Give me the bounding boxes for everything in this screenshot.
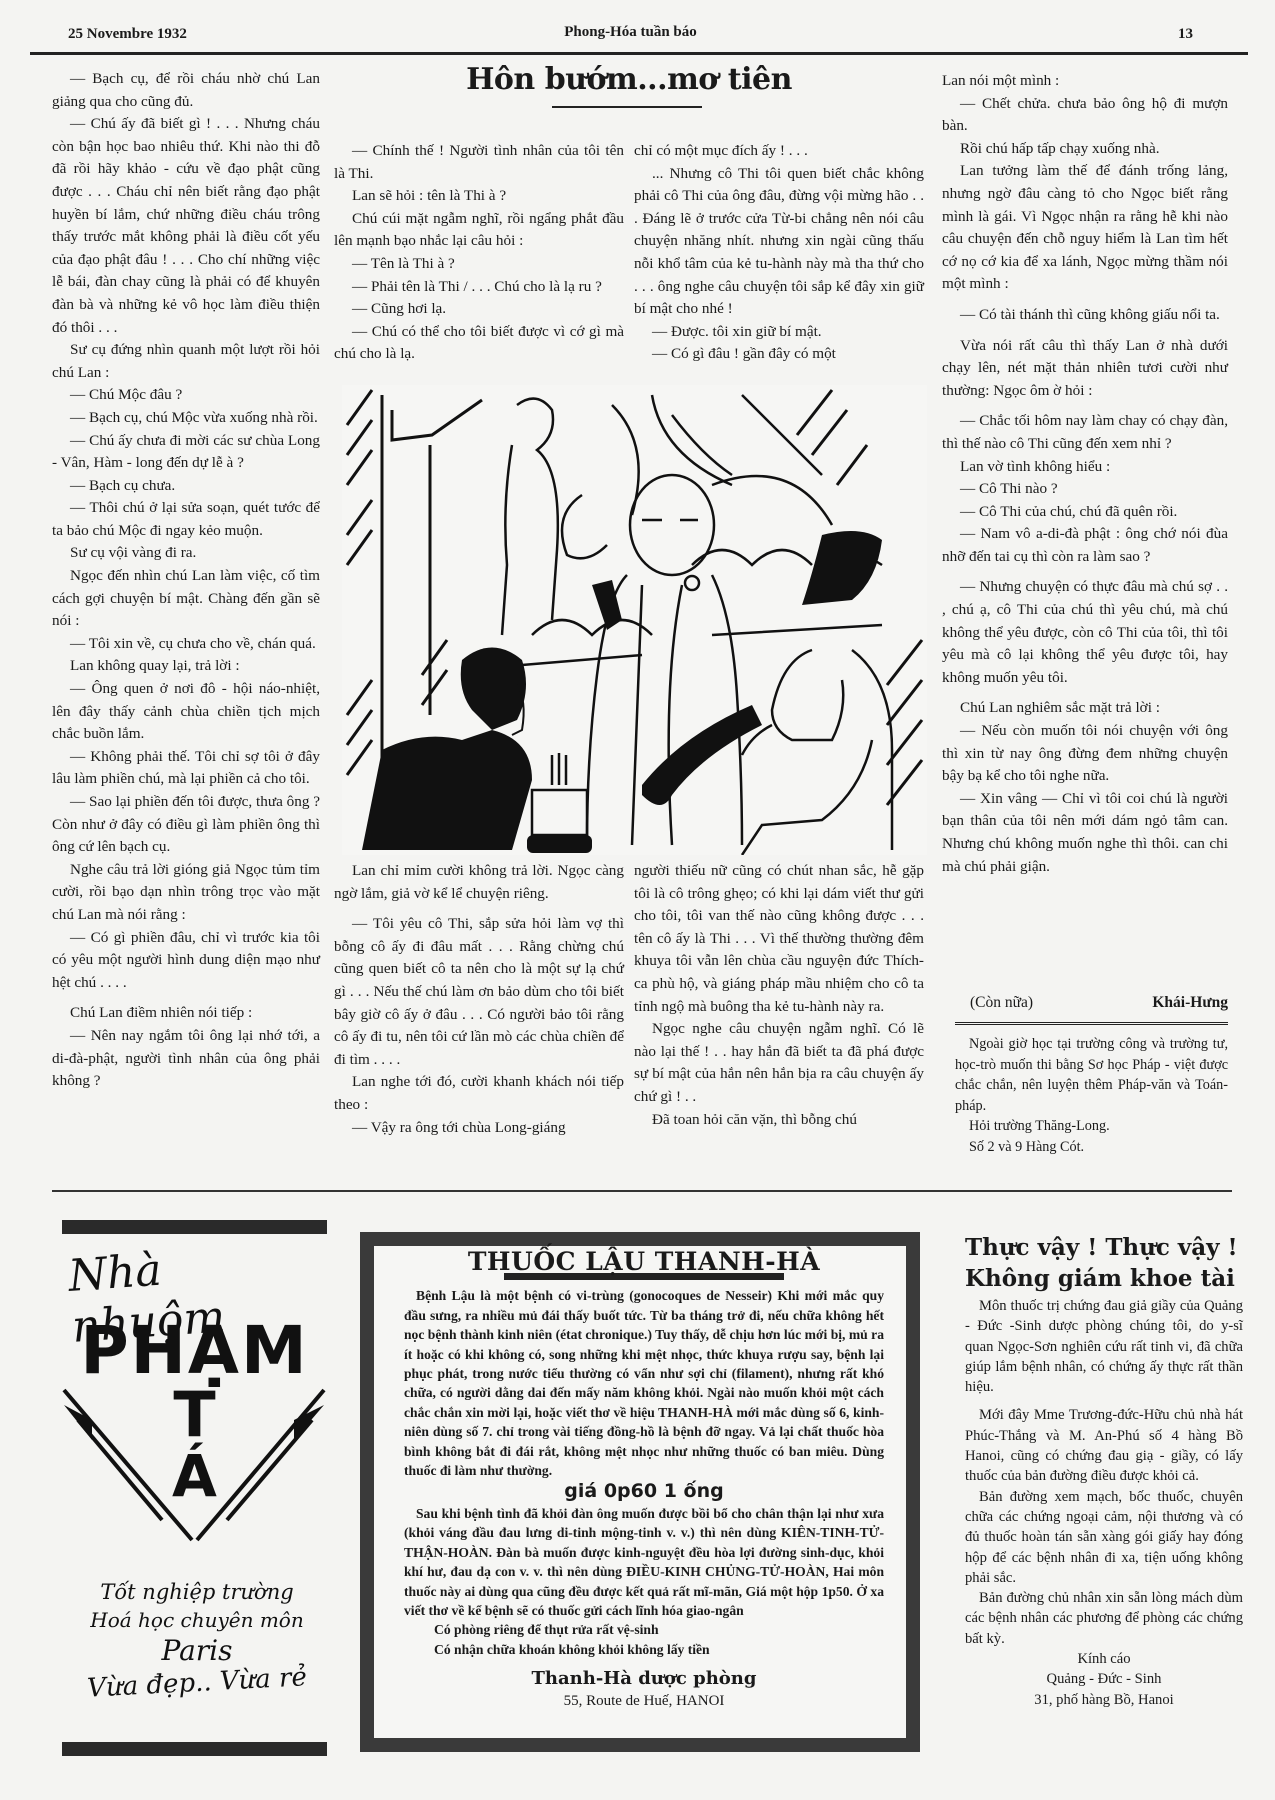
paragraph: — Không phải thế. Tôi chỉ sợ tôi ở đây l… [52, 746, 320, 791]
paragraph: — Nam vô a-di-đà phật : ông chớ nói đùa … [942, 523, 1228, 568]
paragraph: — Bạch cụ, để rồi cháu nhờ chú Lan giảng… [52, 68, 320, 113]
paragraph: — Ông quen ở nơi đô - hội náo-nhiệt, lên… [52, 678, 320, 746]
paragraph: Đã toan hỏi căn vặn, thì bỗng chú [634, 1109, 924, 1132]
notice-text: Ngoài giờ học tại trường công và trường … [955, 1034, 1228, 1116]
paragraph: Lan chỉ mỉm cười không trả lời. Ngọc càn… [334, 860, 624, 905]
paragraph: — Có gì phiền đâu, chỉ vì trước kia tôi … [52, 927, 320, 995]
paragraph: — Sao lại phiền đến tôi được, thưa ông ?… [52, 791, 320, 859]
paragraph: Sư cụ vội vàng đi ra. [52, 542, 320, 565]
ad-brand: Thanh-Hà dược phòng [404, 1669, 884, 1688]
ad-quang-duc-sinh: Thực vậy ! Thực vậy ! Không giám khoe tà… [965, 1232, 1243, 1710]
paragraph: — Chú ấy đã biết gì ! . . . Nhưng cháu c… [52, 113, 320, 339]
continued-label: (Còn nữa) [970, 994, 1033, 1012]
paragraph: — Cô Thi nào ? [942, 478, 1228, 501]
ad-title: THUỐC LẬU THANH-HÀ [404, 1252, 884, 1271]
article-column-2-bottom: Lan chỉ mỉm cười không trả lời. Ngọc càn… [334, 860, 624, 1139]
paragraph: người thiếu nữ cũng có chút nhan sắc, hễ… [634, 860, 924, 1018]
ad-paragraph: Mới đây Mme Trương-đức-Hữu chủ nhà hát P… [965, 1405, 1243, 1486]
ad-tagline-1: Tốt nghiệp trường [72, 1580, 322, 1604]
ad-paragraph: Môn thuốc trị chứng đau giả giầy của Quả… [965, 1296, 1243, 1397]
paragraph: — Vậy ra ông tới chùa Long-giáng [334, 1117, 624, 1140]
ad-pham-ta: Nhà nhuộm PHẠM T Á Tốt nghiệp trường Hoá… [62, 1220, 327, 1775]
paragraph: — Được. tôi xin giữ bí mật. [634, 321, 924, 344]
ad-thanh-ha: THUỐC LẬU THANH-HÀ Bệnh Lậu là một bệnh … [360, 1232, 920, 1752]
paragraph: Lan sẽ hỏi : tên là Thi à ? [334, 185, 624, 208]
temple-scene-illustration-icon [342, 385, 927, 855]
paragraph: — Tôi xin về, cụ chưa cho về, chán quá. [52, 633, 320, 656]
paragraph: chỉ có một mục đích ấy ! . . . [634, 140, 924, 163]
paragraph: — Cô Thi của chú, chú đã quên rồi. [942, 501, 1228, 524]
paragraph: Ngọc nghe câu chuyện ngẫm nghĩ. Có lẽ nà… [634, 1018, 924, 1108]
ad-letter-t: T [62, 1378, 327, 1451]
ad-headline-2: Không giám khoe tài [965, 1263, 1243, 1294]
ad-paragraph: Bệnh Lậu là một bệnh có vi-trùng (gonoco… [404, 1286, 884, 1480]
page-header: 25 Novembre 1932 Phong-Hóa tuần báo 13 [68, 22, 1193, 44]
ad-tagline-slogan: Vừa đẹp.. Vừa rẻ [65, 1661, 328, 1705]
paragraph: Vừa nói rất câu thì thấy Lan ở nhà dưới … [942, 335, 1228, 403]
paragraph: Rồi chú hấp tấp chạy xuống nhà. [942, 138, 1228, 161]
paragraph: Lan nghe tới đó, cười khanh khách nói ti… [334, 1071, 624, 1116]
article-column-1: — Bạch cụ, để rồi cháu nhờ chú Lan giảng… [52, 68, 320, 1093]
article-illustration [342, 385, 927, 855]
ad-tagline-2: Hoá học chuyên môn [72, 1608, 322, 1632]
paragraph: Lan vờ tình không hiểu : [942, 456, 1228, 479]
paragraph: — Bạch cụ chưa. [52, 475, 320, 498]
ad-paragraph: Bản đường xem mạch, bốc thuốc, chuyên ch… [965, 1487, 1243, 1588]
paragraph: — Nhưng chuyện có thực đâu mà chú sợ . .… [942, 576, 1228, 689]
paragraph: — Chú ấy chưa đi mời các sư chùa Long - … [52, 430, 320, 475]
notice-contact: Hỏi trường Thăng-Long. [955, 1116, 1228, 1137]
paragraph: — Nên nay ngắm tôi ông lại nhớ tới, a di… [52, 1025, 320, 1093]
ad-price: giá 0p60 1 ống [404, 1482, 884, 1501]
paragraph: — Phải tên là Thi / . . . Chú cho là lạ … [334, 276, 624, 299]
ad-top-bar [62, 1220, 327, 1234]
school-notice: Ngoài giờ học tại trường công và trường … [955, 1034, 1228, 1157]
ad-sign-address: 31, phố hàng Bồ, Hanoi [965, 1690, 1243, 1710]
article-column-3-top: chỉ có một mục đích ấy ! . . . ... Nhưng… [634, 140, 924, 366]
page-number: 13 [1178, 26, 1193, 43]
article-column-3-bottom: người thiếu nữ cũng có chút nhan sắc, hễ… [634, 860, 924, 1131]
ad-paragraph: Bản đường chủ nhân xin sẵn lòng mách dùm… [965, 1588, 1243, 1649]
paragraph: — Bạch cụ, chú Mộc vừa xuống nhà rồi. [52, 407, 320, 430]
paragraph: Chú cúi mặt ngẫm nghĩ, rồi ngẩng phắt đầ… [334, 208, 624, 253]
header-rule [30, 52, 1248, 55]
ad-letter-a: Á [62, 1442, 327, 1510]
paragraph: — Chính thế ! Người tình nhân của tôi tê… [334, 140, 624, 185]
signoff-rule [955, 1022, 1228, 1025]
paragraph: — Chú Mộc đâu ? [52, 384, 320, 407]
paragraph: — Chú có thể cho tôi biết được vì cớ gì … [334, 321, 624, 366]
paragraph: Chú Lan điềm nhiên nói tiếp : [52, 1002, 320, 1025]
ad-headline-1: Thực vậy ! Thực vậy ! [965, 1232, 1243, 1263]
ad-service-line: Có phòng riêng để thụt rửa rất vệ-sinh [404, 1620, 884, 1639]
paragraph: — Có tài thánh thì cũng không giấu nổi t… [942, 304, 1228, 327]
title-rule [552, 106, 702, 108]
section-divider [52, 1190, 1232, 1192]
author-name: Khái-Hưng [1152, 994, 1228, 1012]
publication-name: Phong-Hóa tuần báo [68, 24, 1193, 41]
paragraph: — Chết chửa. chưa bảo ông hộ đi mượn bàn… [942, 93, 1228, 138]
paragraph: — Có gì đâu ! gần đây có một [634, 343, 924, 366]
paragraph: Lan tưởng làm thế để đánh trống lảng, nh… [942, 160, 1228, 296]
ad-address: 55, Route de Huế, HANOI [404, 1692, 884, 1711]
paragraph: — Cũng hơi lạ. [334, 298, 624, 321]
paragraph: Lan nói một mình : [942, 70, 1228, 93]
paragraph: — Tôi yêu cô Thi, sắp sửa hỏi làm vợ thì… [334, 913, 624, 1071]
paragraph: — Thôi chú ở lại sửa soạn, quét tước để … [52, 497, 320, 542]
ad-tagline-paris: Paris [72, 1634, 322, 1667]
ad-sign-greeting: Kính cáo [965, 1649, 1243, 1669]
notice-address: Số 2 và 9 Hàng Cót. [955, 1137, 1228, 1158]
article-title: Hôn bướm...mơ tiên [334, 62, 924, 97]
paragraph: Ngọc đến nhìn chú Lan làm việc, cố tìm c… [52, 565, 320, 633]
paragraph: Sư cụ đứng nhìn quanh một lượt rồi hỏi c… [52, 339, 320, 384]
paragraph: — Xin vâng — Chỉ vì tôi coi chú là người… [942, 788, 1228, 878]
ad-guarantee-line: Có nhận chữa khoán không khỏi không lấy … [404, 1640, 884, 1659]
article-column-2-top: — Chính thế ! Người tình nhân của tôi tê… [334, 140, 624, 366]
paragraph: — Nếu còn muốn tôi nói chuyện với ông th… [942, 720, 1228, 788]
paragraph: — Chắc tối hôm nay làm chay có chạy đàn,… [942, 410, 1228, 455]
ad-paragraph: Sau khi bệnh tình đã khỏi đàn ông muốn đ… [404, 1504, 884, 1620]
paragraph: — Tên là Thi à ? [334, 253, 624, 276]
paragraph: Nghe câu trả lời gióng giả Ngọc tủm tỉm … [52, 859, 320, 927]
article-column-4: Lan nói một mình : — Chết chửa. chưa bảo… [942, 70, 1228, 878]
ad-sign-name: Quảng - Đức - Sinh [965, 1669, 1243, 1689]
ad-bottom-bar [62, 1742, 327, 1756]
paragraph: Chú Lan nghiêm sắc mặt trả lời : [942, 697, 1228, 720]
paragraph: Lan không quay lại, trả lời : [52, 655, 320, 678]
paragraph: ... Nhưng cô Thi tôi quen biết chắc khôn… [634, 163, 924, 321]
